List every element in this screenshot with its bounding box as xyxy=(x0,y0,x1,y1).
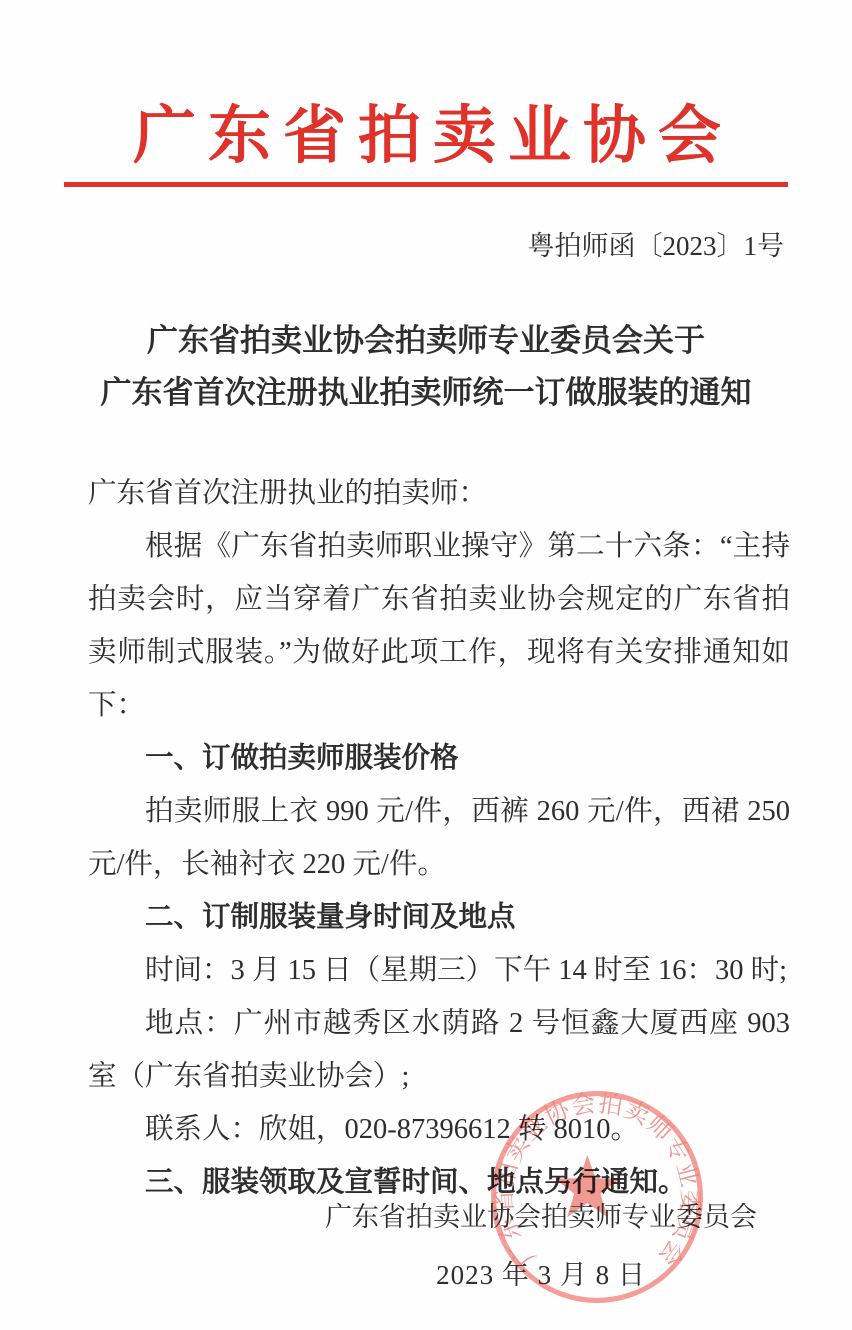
section-1-heading: 一、订做拍卖师服装价格 xyxy=(88,732,790,785)
section-2-location: 地点：广州市越秀区水荫路 2 号恒鑫大厦西座 903 室（广东省拍卖业协会）; xyxy=(88,997,790,1103)
letterhead-org-name: 广东省拍卖业协会 xyxy=(0,0,852,176)
section-2-contact: 联系人：欣姐，020-87396612 转 8010。 xyxy=(88,1103,790,1156)
signature-block: 广东省拍卖业协会拍卖师专业委员会 2023 年 3 月 8 日 xyxy=(325,1200,757,1292)
section-1-prices: 拍卖师服上衣 990 元/件，西裤 260 元/件，西裙 250 元/件，长袖衬… xyxy=(88,785,790,891)
document-page: 广东省拍卖业协会 粤拍师函〔2023〕1号 广东省拍卖业协会拍卖师专业委员会关于… xyxy=(0,0,852,1330)
signature-committee: 广东省拍卖业协会拍卖师专业委员会 xyxy=(325,1200,757,1234)
salutation: 广东省首次注册执业的拍卖师： xyxy=(88,467,790,520)
doc-title-line2: 广东省首次注册执业拍卖师统一订做服装的通知 xyxy=(0,367,852,419)
intro-paragraph: 根据《广东省拍卖师职业操守》第二十六条：“主持拍卖会时，应当穿着广东省拍卖业协会… xyxy=(88,520,790,732)
doc-body: 广东省首次注册执业的拍卖师： 根据《广东省拍卖师职业操守》第二十六条：“主持拍卖… xyxy=(88,467,790,1209)
letterhead-divider xyxy=(64,182,788,187)
signature-date: 2023 年 3 月 8 日 xyxy=(325,1258,757,1292)
doc-number: 粤拍师函〔2023〕1号 xyxy=(0,229,784,263)
section-2-heading: 二、订制服装量身时间及地点 xyxy=(88,891,790,944)
doc-title: 广东省拍卖业协会拍卖师专业委员会关于 广东省首次注册执业拍卖师统一订做服装的通知 xyxy=(0,315,852,419)
doc-title-line1: 广东省拍卖业协会拍卖师专业委员会关于 xyxy=(0,315,852,367)
section-2-time: 时间：3 月 15 日（星期三）下午 14 时至 16：30 时; xyxy=(88,944,790,997)
